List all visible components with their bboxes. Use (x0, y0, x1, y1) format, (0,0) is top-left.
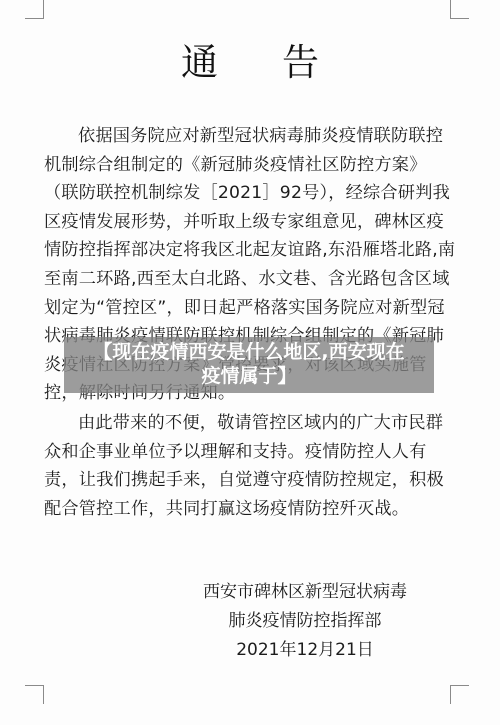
issuer-line-2: 肺炎疫情防控指挥部 (180, 607, 430, 636)
notice-document: 通告 依据国务院应对新型冠状病毒肺炎疫情联防联控 机制综合组制定的《新冠肺炎疫情… (0, 0, 500, 725)
paragraph-line: 众和企事业单位予以理解和支持。疫情防控人人有 (44, 438, 464, 467)
document-title: 通告 (0, 32, 500, 86)
signature-block: 西安市碑林区新型冠状病毒 肺炎疫情防控指挥部 2021年12月21日 (180, 578, 430, 665)
caption-overlay-banner: 【现在疫情西安是什么地区,西安现在 疫情属于】 (64, 337, 434, 393)
crop-mark-top-right (450, 0, 469, 19)
paragraph-line: 机制综合组制定的《新冠肺炎疫情社区防控方案》 (44, 151, 464, 180)
paragraph-line: （联防联控机制综发［2021］92号），经综合研判我 (44, 179, 464, 208)
paragraph-line: 情防控指挥部决定将我区北起友谊路,东沿雁塔北路,南 (44, 236, 464, 265)
paragraph-line: 责，让我们携起手来，自觉遵守疫情防控规定，积极 (44, 466, 464, 495)
title-char-2: 告 (282, 32, 319, 86)
paragraph-line: 至南二环路,西至太白北路、水文巷、含光路包含区域 (44, 265, 464, 294)
paragraph-line: 配合管控工作，共同打赢这场疫情防控歼灭战。 (44, 495, 464, 524)
issue-date: 2021年12月21日 (180, 636, 430, 665)
issuer-line-1: 西安市碑林区新型冠状病毒 (180, 578, 430, 607)
title-char-1: 通 (181, 32, 218, 86)
paragraph-line: 由此带来的不便，敬请管控区域内的广大市民群 (44, 409, 464, 438)
crop-mark-bottom-left (25, 685, 44, 704)
paragraph-2: 由此带来的不便，敬请管控区域内的广大市民群 众和企事业单位予以理解和支持。疫情防… (44, 409, 464, 523)
crop-mark-bottom-right (450, 685, 469, 704)
crop-mark-top-left (25, 0, 44, 19)
paragraph-line: 依据国务院应对新型冠状病毒肺炎疫情联防联控 (44, 122, 464, 151)
paragraph-line: 区疫情发展形势，并听取上级专家组意见，碑林区疫 (44, 208, 464, 237)
banner-line-1: 【现在疫情西安是什么地区,西安现在 (64, 340, 434, 364)
banner-line-2: 疫情属于】 (64, 364, 434, 388)
paragraph-line: 划定为“管控区”，即日起严格落实国务院应对新型冠 (44, 294, 464, 323)
